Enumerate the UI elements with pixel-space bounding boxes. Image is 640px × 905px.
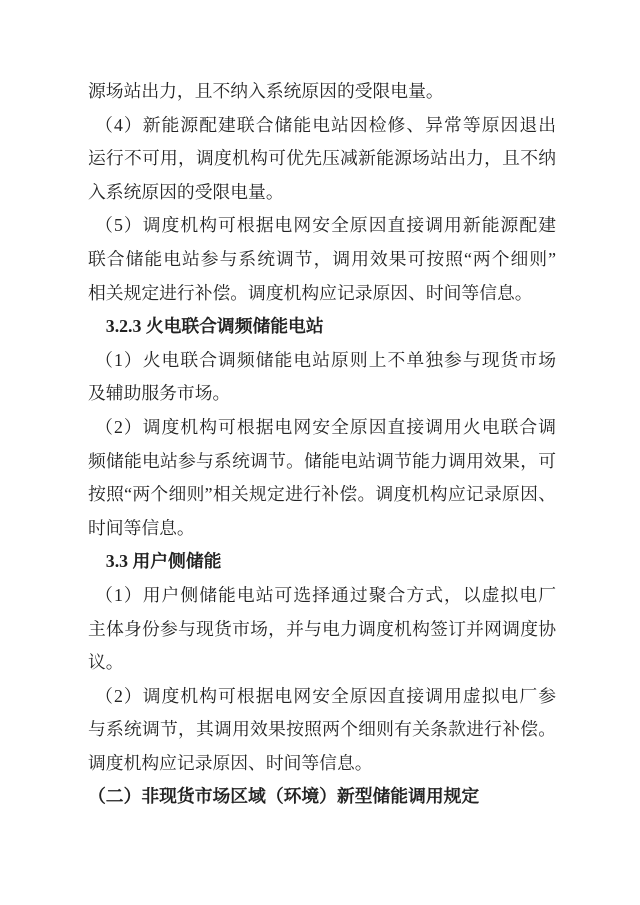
text-line: 频储能电站参与系统调节。储能电站调节能力调用效果，可 <box>88 445 556 479</box>
text-line: 源场站出力，且不纳入系统原因的受限电量。 <box>88 75 556 109</box>
text-line: 按照“两个细则”相关规定进行补偿。调度机构应记录原因、 <box>88 478 556 512</box>
text-line: 主体身份参与现货市场，并与电力调度机构签订并网调度协 <box>88 613 556 647</box>
text-line: （1）用户侧储能电站可选择通过聚合方式，以虚拟电厂 <box>88 579 556 613</box>
text-line: 调度机构应记录原因、时间等信息。 <box>88 747 556 781</box>
document-page: 源场站出力，且不纳入系统原因的受限电量。（4）新能源配建联合储能电站因检修、异常… <box>0 0 640 905</box>
text-line: （1）火电联合调频储能电站原则上不单独参与现货市场 <box>88 344 556 378</box>
text-line: 时间等信息。 <box>88 512 556 546</box>
section-heading: 3.3 用户侧储能 <box>88 545 556 579</box>
section-heading: （二）非现货市场区域（环境）新型储能调用规定 <box>88 780 556 814</box>
text-line: 运行不可用，调度机构可优先压减新能源场站出力，且不纳 <box>88 142 556 176</box>
text-line: 与系统调节，其调用效果按照两个细则有关条款进行补偿。 <box>88 713 556 747</box>
text-line: 议。 <box>88 646 556 680</box>
text-line: （4）新能源配建联合储能电站因检修、异常等原因退出 <box>88 109 556 143</box>
text-line: 联合储能电站参与系统调节，调用效果可按照“两个细则” <box>88 243 556 277</box>
document-text-block: 源场站出力，且不纳入系统原因的受限电量。（4）新能源配建联合储能电站因检修、异常… <box>88 75 556 814</box>
text-line: 相关规定进行补偿。调度机构应记录原因、时间等信息。 <box>88 277 556 311</box>
text-line: （5）调度机构可根据电网安全原因直接调用新能源配建 <box>88 209 556 243</box>
section-heading: 3.2.3 火电联合调频储能电站 <box>88 310 556 344</box>
text-line: （2）调度机构可根据电网安全原因直接调用火电联合调 <box>88 411 556 445</box>
text-line: 及辅助服务市场。 <box>88 377 556 411</box>
text-line: 入系统原因的受限电量。 <box>88 176 556 210</box>
text-line: （2）调度机构可根据电网安全原因直接调用虚拟电厂参 <box>88 680 556 714</box>
